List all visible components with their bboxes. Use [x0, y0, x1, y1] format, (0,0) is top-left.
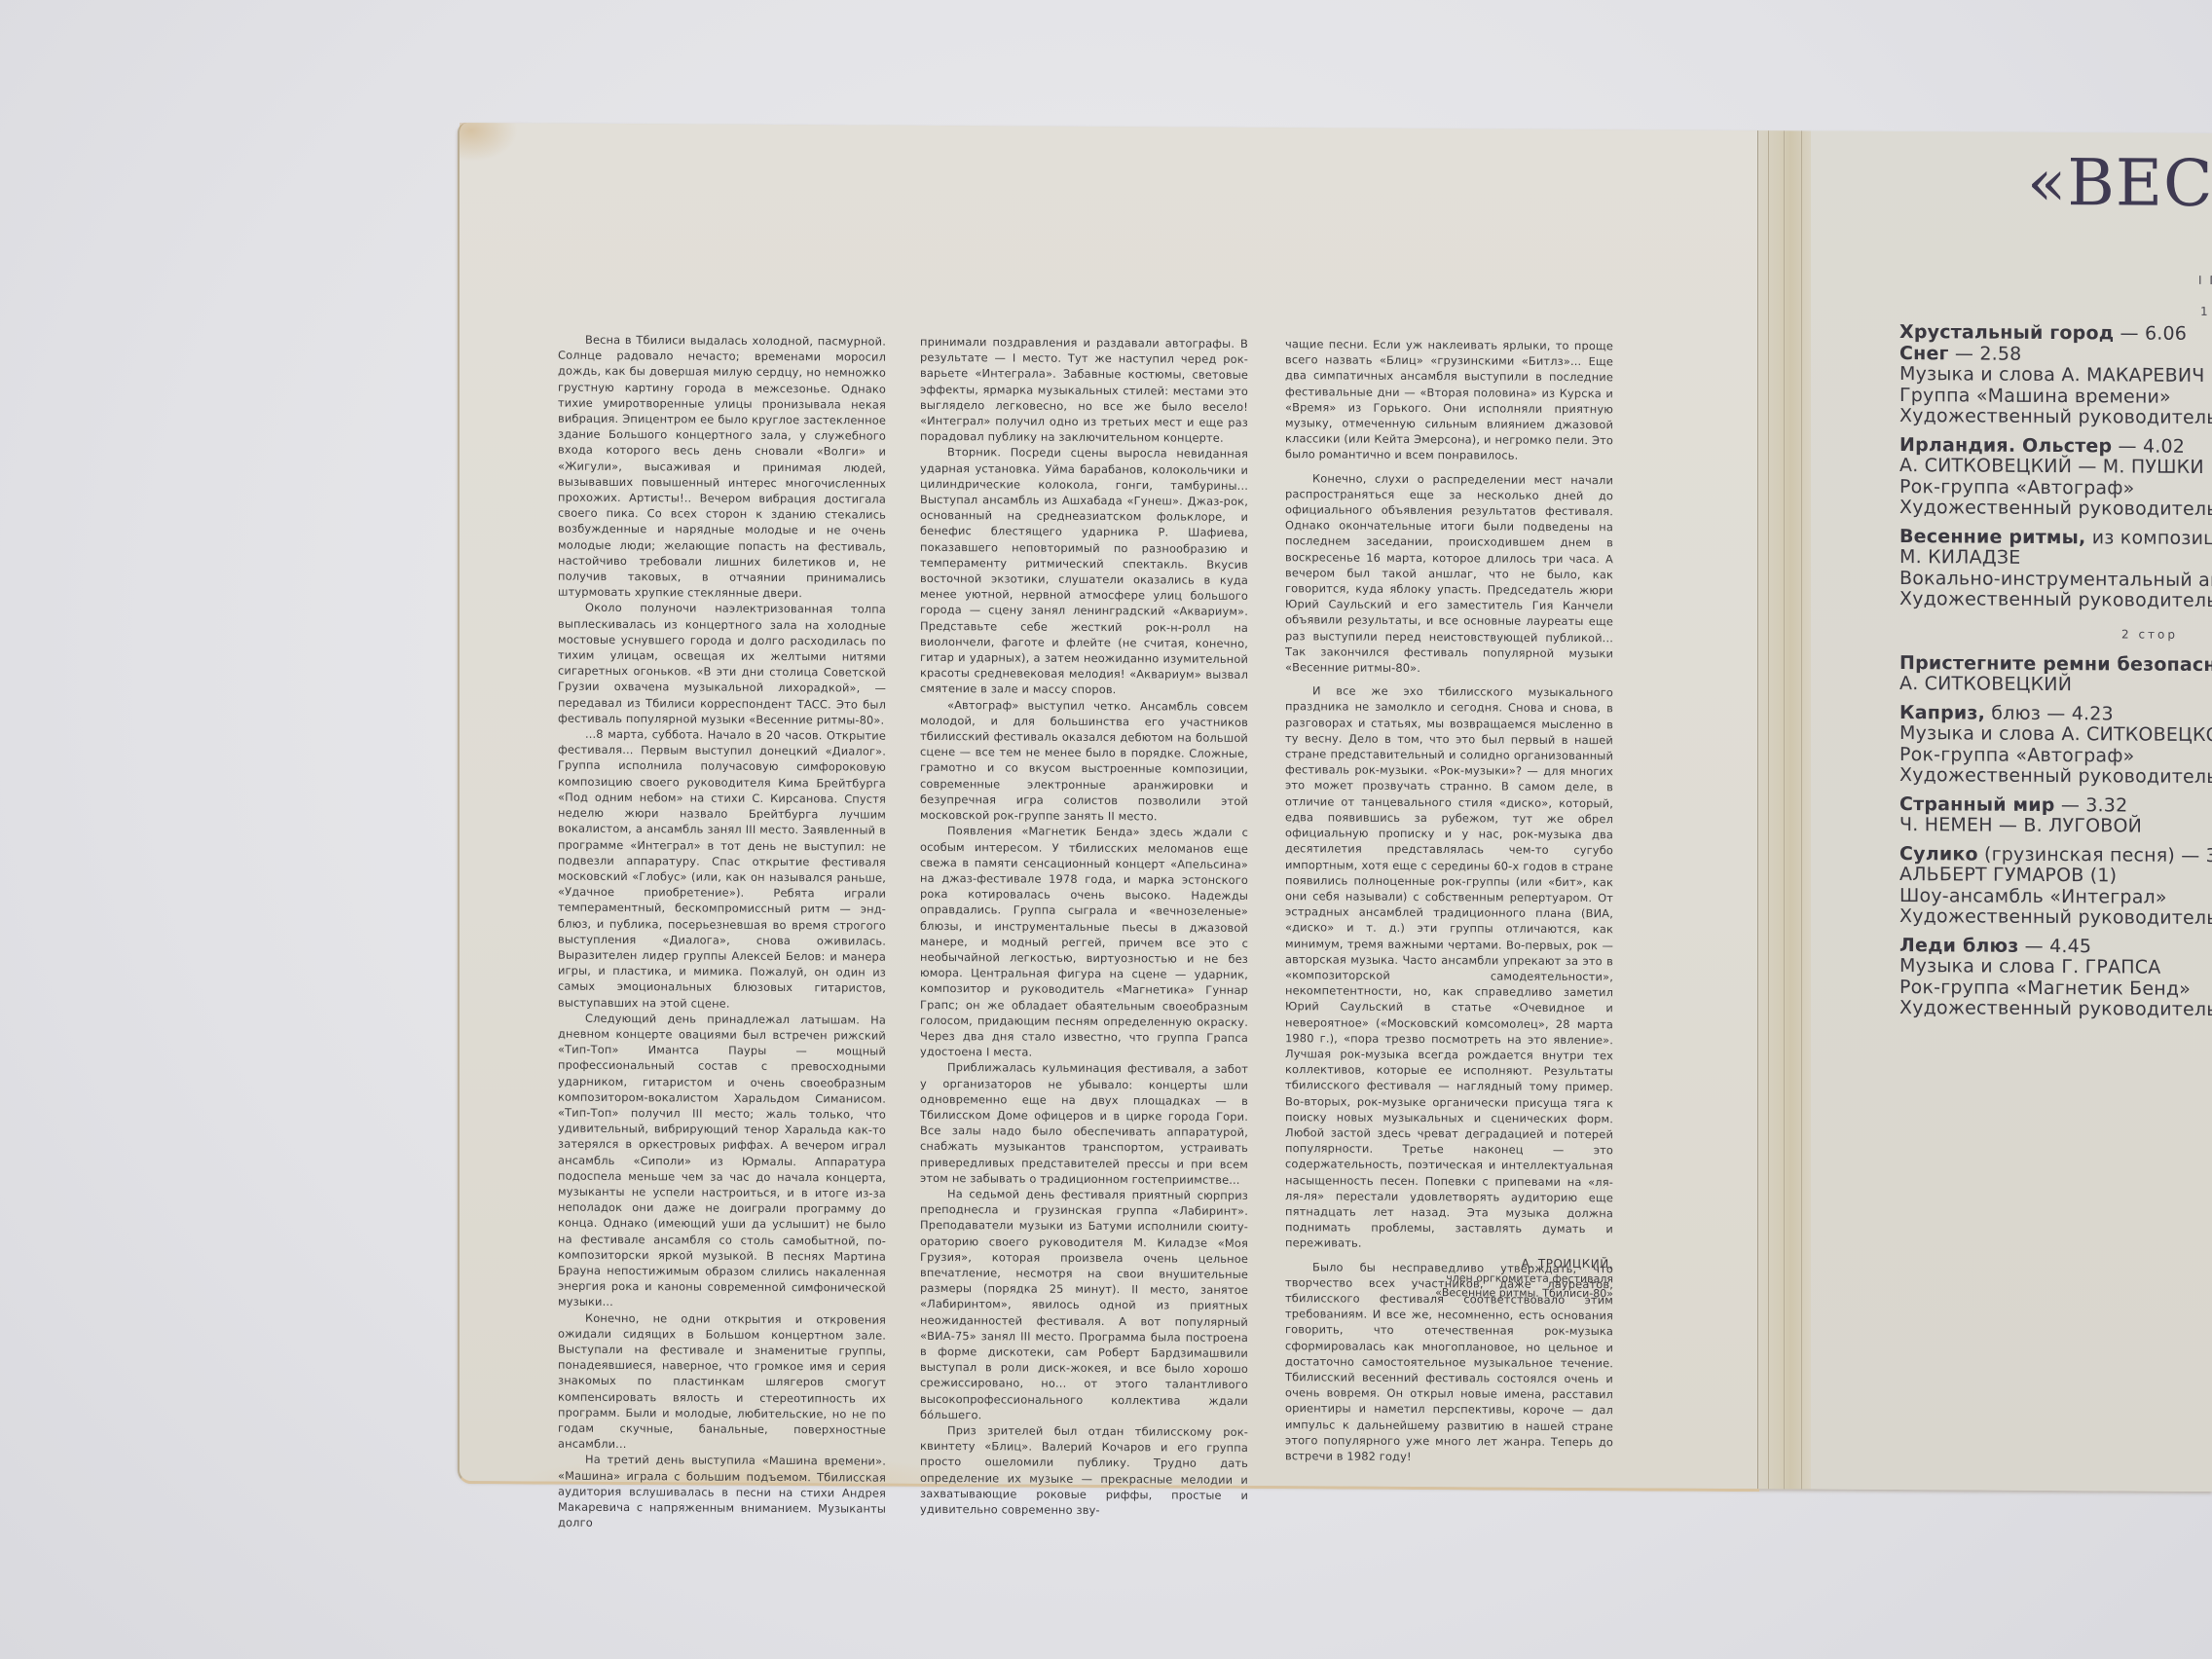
spine-fold-line	[1784, 130, 1785, 1489]
track-note: из композиции	[2085, 527, 2212, 549]
track-director: Художественный руководитель	[1899, 589, 2212, 612]
track-title: Каприз,	[1899, 702, 1985, 724]
paragraph: Появления «Магнетик Бенда» здесь ждали с…	[920, 823, 1248, 1061]
paragraph: И все же эхо тбилисского музыкального пр…	[1285, 682, 1613, 1252]
record-sleeve-gatefold: Весна в Тбилиси выдалась холодной, пасму…	[458, 123, 2212, 1492]
track-duration: — 6.06	[2114, 322, 2187, 344]
track-duration: блюз — 4.23	[1985, 702, 2114, 724]
track-credit: Ч. НЕМЕН — В. ЛУГОВОЙ	[1899, 815, 2212, 838]
paragraph: На седьмой день фестиваля приятный сюрпр…	[920, 1186, 1248, 1424]
track-director: Художественный руководитель	[1899, 406, 2212, 429]
track-title: Весенние ритмы,	[1899, 526, 2085, 548]
spine-fold-line	[1768, 130, 1769, 1489]
track-entry: Ирландия. Ольстер — 4.02 А. СИТКОВЕЦКИЙ …	[1899, 435, 2212, 522]
paragraph: принимали поздравления и раздавали автог…	[920, 334, 1248, 446]
side-2-label: 2 стор	[2121, 627, 2212, 642]
track-entry: Каприз, блюз — 4.23 Музыка и слова А. СИ…	[1899, 703, 2212, 790]
track-entry: Хрустальный город — 6.06 Снег — 2.58 Муз…	[1899, 322, 2212, 429]
track-title: Сулико	[1899, 843, 1978, 865]
track-duration: (грузинская песня) — 3.1	[1978, 843, 2212, 866]
track-title: Леди блюз	[1899, 935, 2018, 957]
paragraph: чащие песни. Если уж наклеивать ярлыки, …	[1285, 336, 1613, 464]
festival-name: «Весенние ритмы. Тбилиси-80»	[1285, 1284, 1613, 1301]
track-duration: — 4.45	[2018, 935, 2091, 956]
paragraph: Следующий день принадлежал латышам. На д…	[558, 1010, 886, 1311]
track-entry: Пристегните ремни безопасност А. СИТКОВЕ…	[1899, 653, 2212, 698]
track-duration: — 4.02	[2112, 435, 2185, 457]
track-director: Художественный руководитель	[1899, 498, 2212, 521]
track-title: Пристегните ремни безопасност	[1899, 652, 2212, 676]
track-duration: — 3.32	[2055, 794, 2128, 816]
article-column-2: принимали поздравления и раздавали автог…	[920, 334, 1248, 1519]
track-entry: Сулико (грузинская песня) — 3.1 АЛЬБЕРТ …	[1899, 844, 2212, 931]
paragraph: Вторник. Посреди сцены выросла невиданна…	[920, 444, 1248, 698]
track-director: Художественный руководитель	[1899, 765, 2212, 789]
track-title: Хрустальный город	[1899, 321, 2114, 344]
liner-notes-page: Весна в Тбилиси выдалась холодной, пасму…	[458, 123, 1759, 1492]
spine-fold-line	[1801, 130, 1802, 1489]
article-column-1: Весна в Тбилиси выдалась холодной, пасму…	[558, 332, 886, 1532]
author-signature: А. ТРОИЦКИЙ, член оргкомитета фестиваля …	[1285, 1255, 1613, 1301]
paragraph: Приближалась кульминация фестиваля, а за…	[920, 1059, 1248, 1188]
side-1-label: 1 стор	[2200, 305, 2212, 318]
gatefold-spine	[1757, 130, 1812, 1489]
tracklist: Хрустальный город — 6.06 Снег — 2.58 Муз…	[1899, 322, 2212, 1029]
track-credit: А. СИТКОВЕЦКИЙ	[1899, 674, 2212, 697]
paragraph: Около полуночи наэлектризованная толпа в…	[558, 600, 886, 728]
track-director: Художественный руководитель Г	[1899, 998, 2212, 1021]
track-duration: — 2.58	[1949, 343, 2022, 364]
track-entry: Весенние ритмы, из композиции М. КИЛАДЗЕ…	[1899, 527, 2212, 613]
paragraph: Конечно, слухи о распределении мест нача…	[1285, 470, 1613, 678]
paragraph: ...8 марта, суббота. Начало в 20 часов. …	[558, 726, 886, 1013]
track-title: Снег	[1899, 343, 1949, 364]
age-stain	[460, 123, 518, 162]
paragraph: Приз зрителей был отдан тбилисскому рок-…	[920, 1422, 1248, 1519]
track-entry: Леди блюз — 4.45 Музыка и слова Г. ГРАПС…	[1899, 936, 2212, 1022]
album-title: «ВЕСЕ	[2027, 144, 2212, 223]
paragraph: На третий день выступила «Машина времени…	[558, 1452, 886, 1532]
track-title: Ирландия. Ольстер	[1899, 434, 2112, 457]
tracklist-page: «ВЕСЕ I ПЛАСТ 1 стор Хрустальный город —…	[1811, 130, 2212, 1492]
track-title: Странный мир	[1899, 793, 2055, 816]
track-director: Художественный руководитель В	[1899, 906, 2212, 930]
record-label: I ПЛАСТ	[2198, 274, 2212, 287]
paragraph: Конечно, не одни открытия и откровения о…	[558, 1309, 886, 1454]
track-entry: Странный мир — 3.32 Ч. НЕМЕН — В. ЛУГОВО…	[1899, 794, 2212, 839]
paragraph: «Автограф» выступил четко. Ансамбль совс…	[920, 697, 1248, 826]
paragraph: Весна в Тбилиси выдалась холодной, пасму…	[558, 332, 886, 603]
